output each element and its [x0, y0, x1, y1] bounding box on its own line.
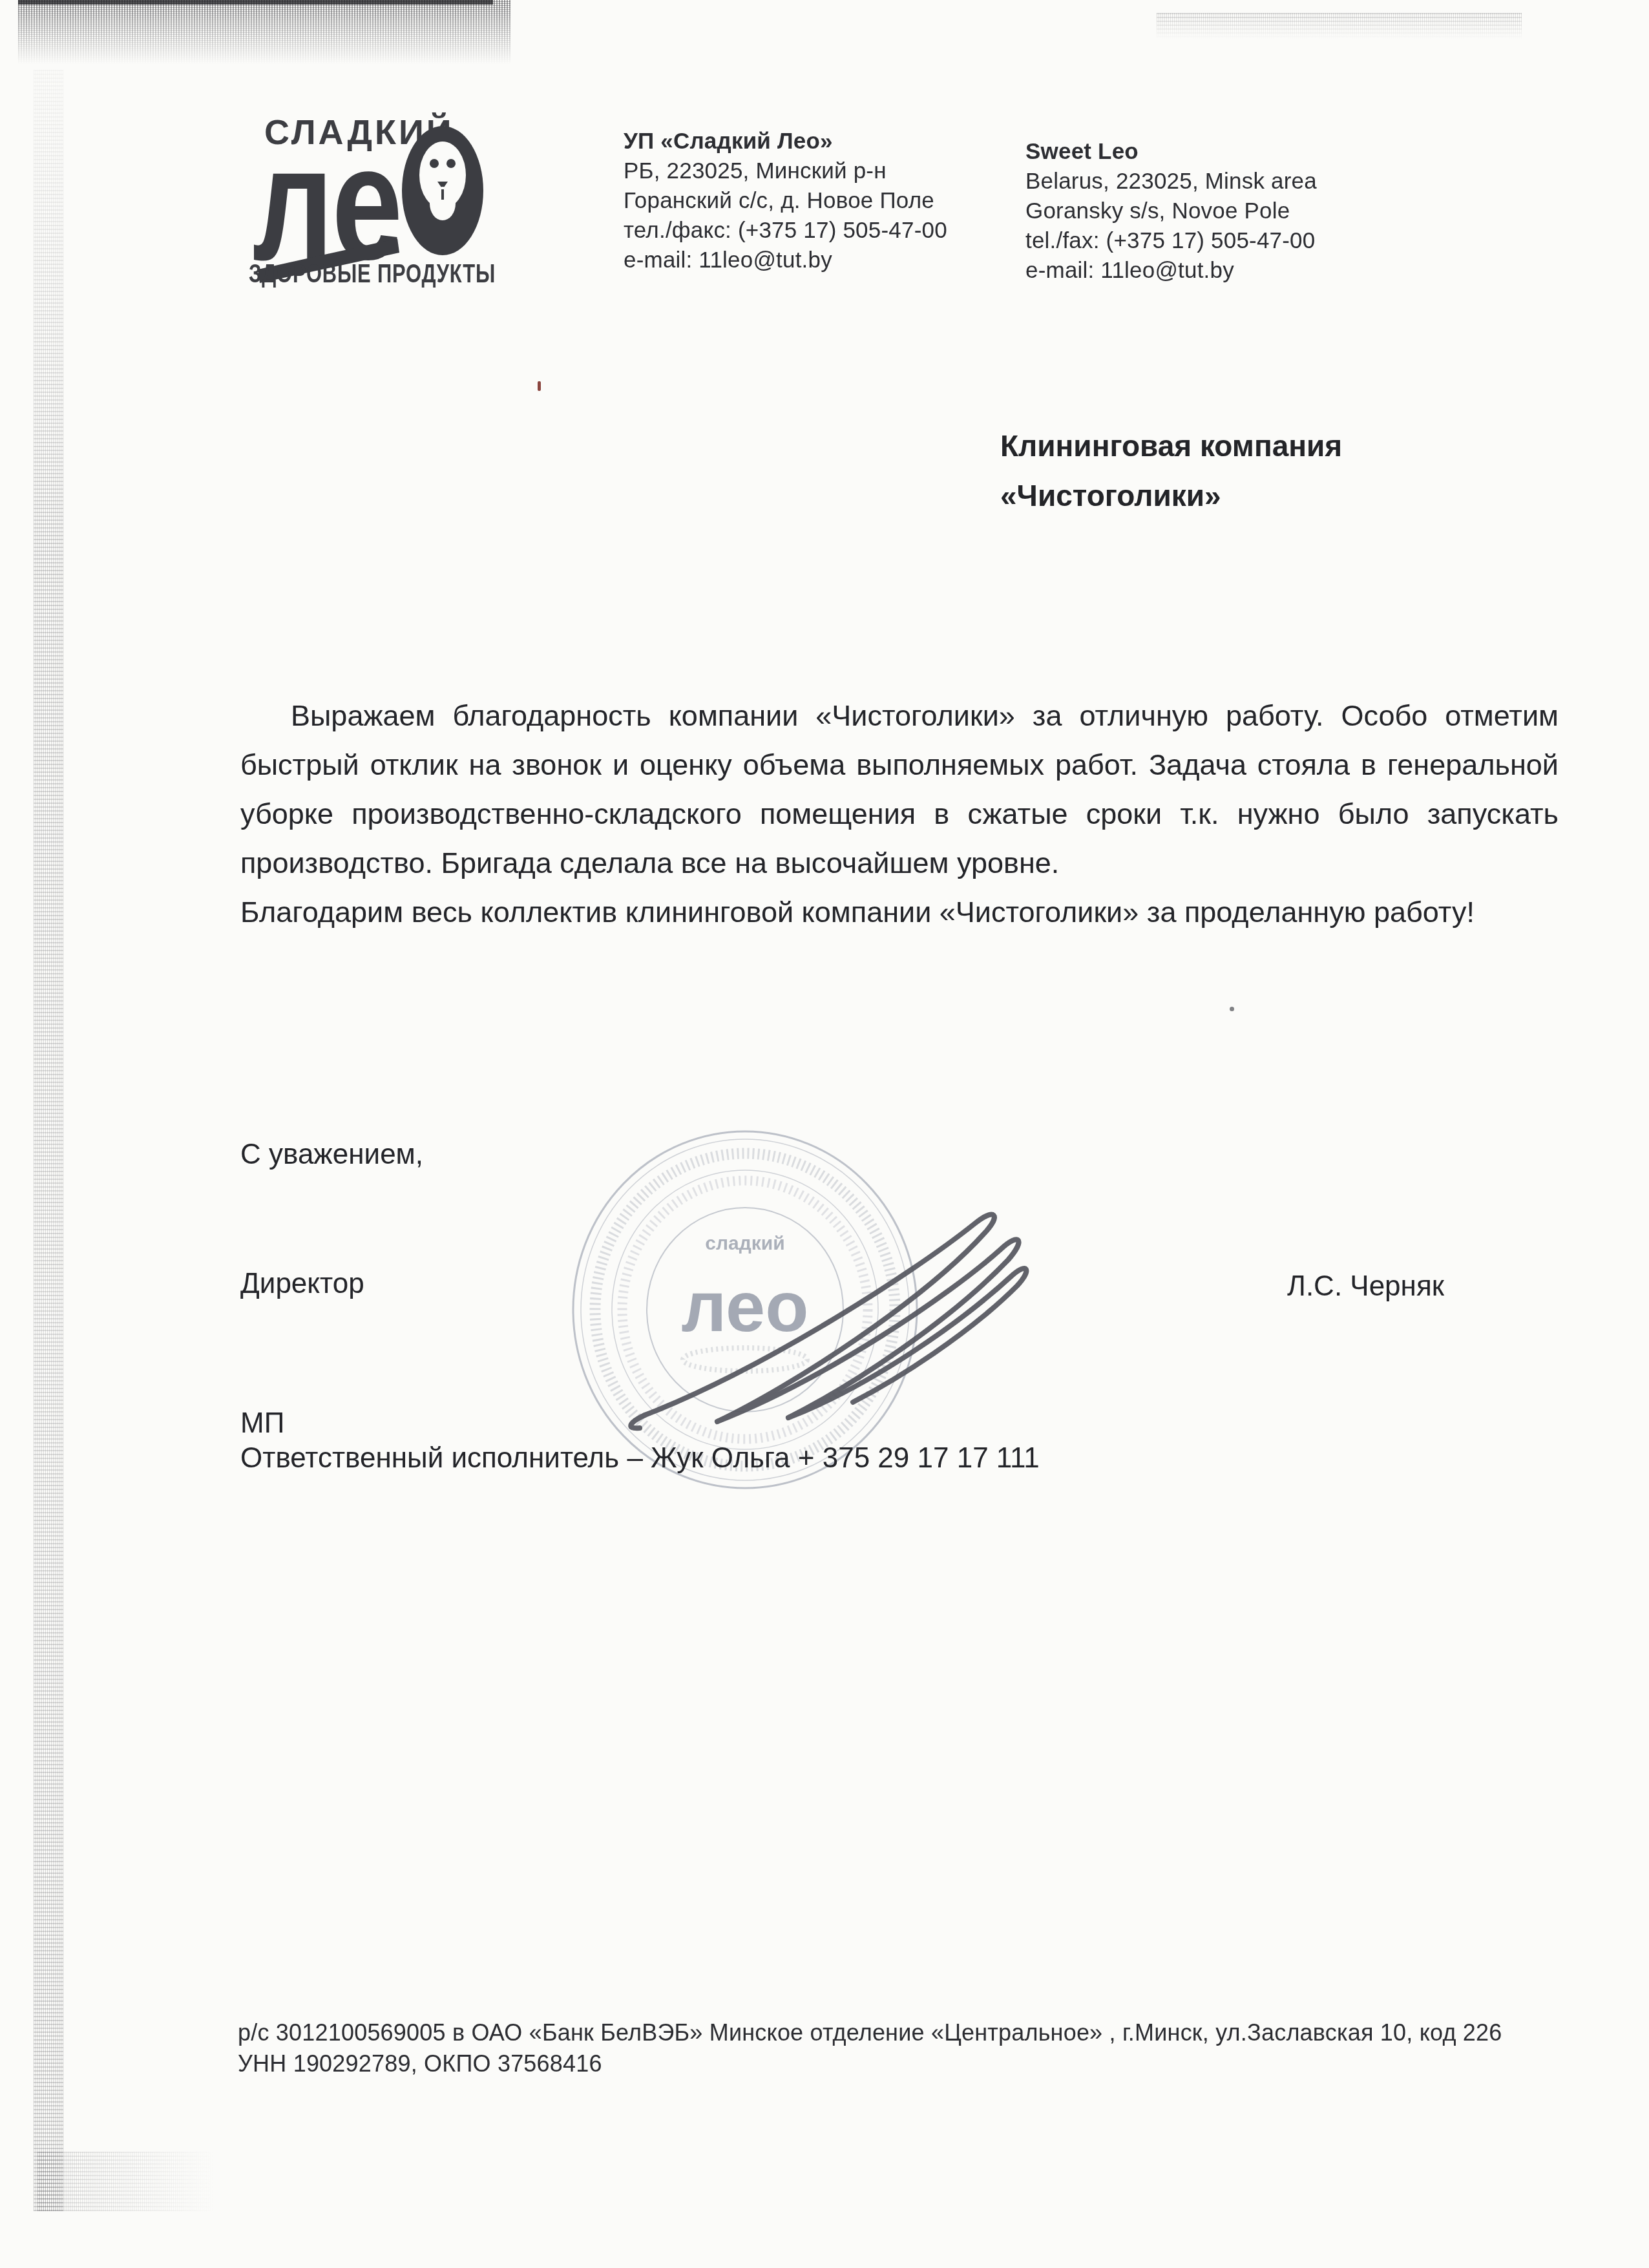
bank-details-line1: р/с 3012100569005 в ОАО «Банк БелВЭБ» Ми…	[238, 2017, 1524, 2048]
closing-line: С уважением,	[240, 1139, 423, 1171]
stamp-top-word: сладкий	[705, 1233, 784, 1254]
contact-en-address: Goransky s/s, Novoe Pole	[1025, 196, 1317, 226]
contact-ru-country: РБ, 223025, Минский р-н	[624, 156, 947, 186]
executor-line: Ответственный исполнитель – Жук Ольга + …	[240, 1442, 1040, 1475]
contact-ru-address: Горанский с/с, д. Новое Поле	[624, 186, 947, 216]
signer-name: Л.С. Черняк	[1287, 1270, 1444, 1303]
scan-speck-gray	[1230, 1007, 1234, 1011]
stamp-center-word: лео	[682, 1267, 809, 1347]
bank-details: р/с 3012100569005 в ОАО «Банк БелВЭБ» Ми…	[238, 2017, 1524, 2079]
contact-ru-phone: тел./факс: (+375 17) 505-47-00	[624, 216, 947, 246]
scan-artifact-left-stripe	[34, 70, 63, 2211]
seal-mark: МП	[240, 1407, 284, 1440]
scan-artifact-top-left	[18, 0, 510, 70]
scan-artifact-bottom-left	[37, 2152, 225, 2211]
company-logo: СЛАДКИЙ ле ЗДОРОВЫЕ ПРОДУКТЫ	[247, 107, 503, 291]
contact-en-company: Sweet Leo	[1025, 137, 1317, 167]
scan-artifact-top-right	[1157, 13, 1522, 41]
bank-details-line2: УНН 190292789, ОКПО 37568416	[238, 2048, 1524, 2079]
signer-title: Директор	[240, 1268, 364, 1300]
body-paragraph-1: Выражаем благодарность компании «Чистого…	[240, 691, 1559, 888]
letter-body: Выражаем благодарность компании «Чистого…	[240, 691, 1559, 937]
contact-en-country: Belarus, 223025, Minsk area	[1025, 167, 1317, 196]
contact-en-phone: tel./fax: (+375 17) 505-47-00	[1025, 226, 1317, 256]
addressee-line1: Клининговая компания	[1000, 421, 1342, 471]
addressee-block: Клининговая компания «Чистоголики»	[1000, 421, 1342, 521]
contact-ru-company: УП «Сладкий Лео»	[624, 127, 947, 156]
logo-tagline: ЗДОРОВЫЕ ПРОДУКТЫ	[249, 260, 496, 288]
scan-artifact-top-bar	[18, 0, 493, 5]
contact-block-en: Sweet Leo Belarus, 223025, Minsk area Go…	[1025, 137, 1317, 286]
contact-block-ru: УП «Сладкий Лео» РБ, 223025, Минский р-н…	[624, 127, 947, 275]
lion-head-icon	[402, 126, 483, 255]
addressee-line2: «Чистоголики»	[1000, 471, 1342, 521]
contact-ru-email: e-mail: 11leo@tut.by	[624, 246, 947, 275]
body-paragraph-2: Благодарим весь коллектив клининговой ко…	[240, 888, 1559, 937]
scan-speck-red	[538, 381, 541, 391]
scanned-letter-page: СЛАДКИЙ ле ЗДОРОВЫЕ ПРОДУКТЫ УП «Сладкий…	[0, 0, 1649, 2268]
contact-en-email: e-mail: 11leo@tut.by	[1025, 256, 1317, 286]
